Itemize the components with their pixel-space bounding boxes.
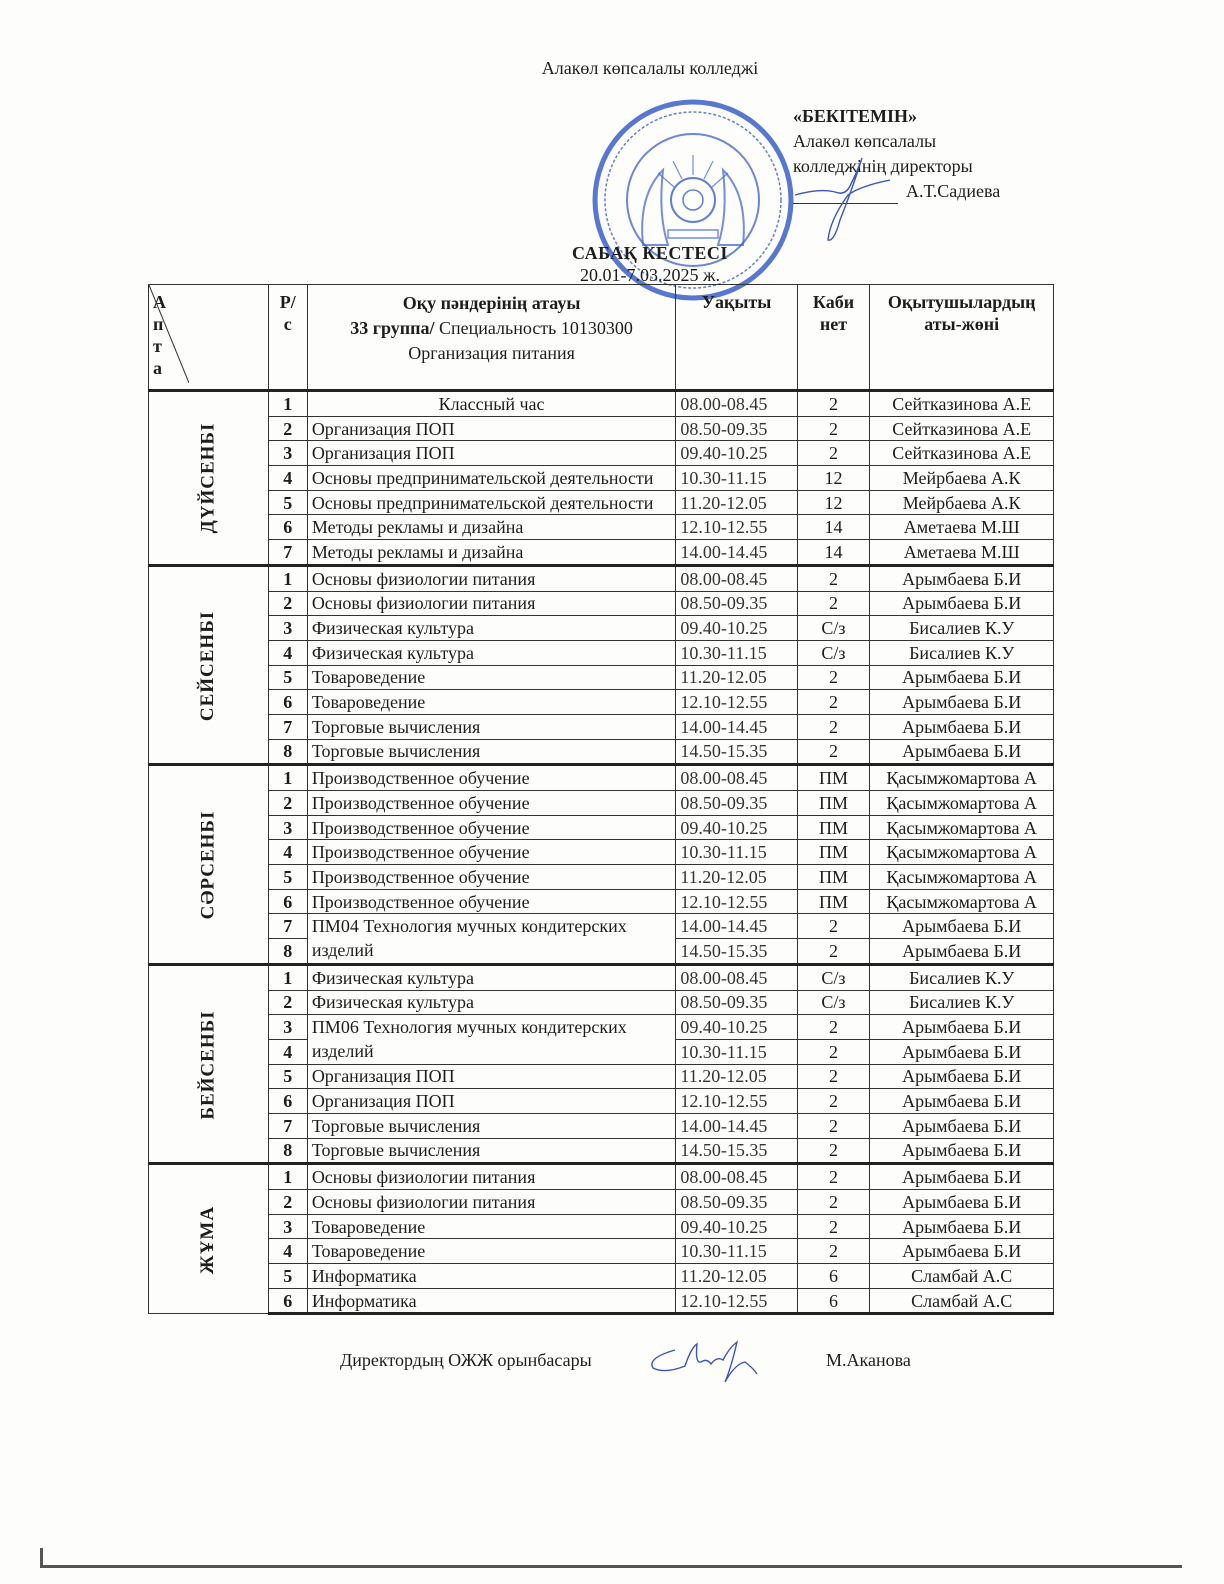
lesson-number: 2 [268,791,307,816]
lesson-time: 12.10-12.55 [676,690,797,715]
cabinet: 2 [797,1064,870,1089]
lesson-time: 09.40-10.25 [676,1214,797,1239]
cabinet: 2 [797,591,870,616]
table-row: 3Товароведение09.40-10.252Арымбаева Б.И [149,1214,1054,1239]
day-name: СӘРСЕНБІ [197,811,219,920]
teacher-name: Сейтказинова А.Е [870,416,1054,441]
cabinet: 2 [797,565,870,591]
lesson-number: 3 [268,441,307,466]
lesson-time: 09.40-10.25 [676,815,797,840]
table-row: 7Торговые вычисления14.00-14.452Арымбаев… [149,1113,1054,1138]
subject-name: Методы рекламы и дизайна [307,540,676,566]
cabinet: 6 [797,1288,870,1314]
subject-name: Физическая культура [307,990,676,1015]
lesson-number: 6 [268,1089,307,1114]
cabinet: 2 [797,914,870,939]
header-time: Уақыты [676,285,797,391]
cabinet: 2 [797,665,870,690]
deputy-role: Директордың ОЖЖ орынбасары [340,1350,592,1371]
teacher-name: Арымбаева Б.И [870,1064,1054,1089]
cabinet: 14 [797,540,870,566]
group-label: 33 группа/ [350,318,434,338]
table-row: 2Организация ПОП08.50-09.352Сейтказинова… [149,416,1054,441]
day-name: ДҮЙСЕНБІ [197,423,219,534]
lesson-time: 14.50-15.35 [676,1138,797,1164]
teacher-name: Сейтказинова А.Е [870,391,1054,417]
table-row: 7ПМ04 Технология мучных кондитерских изд… [149,914,1054,939]
cabinet: 2 [797,416,870,441]
day-name: ЖҰМА [197,1206,219,1274]
table-row: 3Организация ПОП09.40-10.252Сейтказинова… [149,441,1054,466]
subject-name: Торговые вычисления [307,1138,676,1164]
lesson-number: 6 [268,690,307,715]
table-header-row: А п т а Р/ с Оқу пәндерінің атауы 33 гру… [149,285,1054,391]
header-number-line: Р/ [273,291,303,313]
lesson-number: 2 [268,416,307,441]
teacher-name: Сламбай А.С [870,1264,1054,1289]
header-cabinet-line: нет [802,313,866,335]
day-label: БЕЙСЕНБІ [149,964,269,1164]
table-row: 6Информатика12.10-12.556Сламбай А.С [149,1288,1054,1314]
teacher-name: Арымбаева Б.И [870,1089,1054,1114]
lesson-time: 08.00-08.45 [676,565,797,591]
subject-name: Товароведение [307,665,676,690]
cabinet: С/з [797,990,870,1015]
header-cabinet-line: Каби [802,291,866,313]
table-row: БЕЙСЕНБІ1Физическая культура08.00-08.45С… [149,964,1054,990]
lesson-number: 3 [268,616,307,641]
table-row: 8Торговые вычисления14.50-15.352Арымбаев… [149,1138,1054,1164]
lesson-number: 4 [268,840,307,865]
header-number-line: с [273,313,303,335]
lesson-number: 7 [268,714,307,739]
cabinet: 2 [797,1039,870,1064]
teacher-name: Арымбаева Б.И [870,1214,1054,1239]
lesson-time: 09.40-10.25 [676,441,797,466]
lesson-time: 11.20-12.05 [676,665,797,690]
subject-name: Информатика [307,1288,676,1314]
teacher-name: Арымбаева Б.И [870,591,1054,616]
table-row: 6Методы рекламы и дизайна12.10-12.5514Ам… [149,515,1054,540]
cabinet: 2 [797,1138,870,1164]
lesson-number: 4 [268,1239,307,1264]
teacher-name: Арымбаева Б.И [870,1164,1054,1190]
cabinet: ПМ [797,865,870,890]
teacher-name: Арымбаева Б.И [870,714,1054,739]
lesson-number: 1 [268,1164,307,1190]
subject-name: Информатика [307,1264,676,1289]
cabinet: ПМ [797,791,870,816]
schedule-table: А п т а Р/ с Оқу пәндерінің атауы 33 гру… [148,284,1054,1315]
teacher-name: Арымбаева Б.И [870,939,1054,965]
header-diagonal-line [149,285,189,383]
teacher-name: Қасымжомартова А [870,865,1054,890]
table-row: 6Товароведение12.10-12.552Арымбаева Б.И [149,690,1054,715]
lesson-time: 10.30-11.15 [676,1039,797,1064]
teacher-name: Бисалиев К.У [870,616,1054,641]
subject-name: Организация ПОП [307,416,676,441]
cabinet: ПМ [797,765,870,791]
day-label: СӘРСЕНБІ [149,765,269,965]
table-row: 2Физическая культура08.50-09.35С/зБисали… [149,990,1054,1015]
scan-edge [40,1565,1182,1568]
date-range: 20.01-7.03.2025 ж. [0,265,1224,286]
table-row: 5Информатика11.20-12.056Сламбай А.С [149,1264,1054,1289]
table-row: 7Торговые вычисления14.00-14.452Арымбаев… [149,714,1054,739]
subject-name: Торговые вычисления [307,739,676,765]
table-row: 5Организация ПОП11.20-12.052Арымбаева Б.… [149,1064,1054,1089]
teacher-name: Сейтказинова А.Е [870,441,1054,466]
cabinet: С/з [797,964,870,990]
teacher-name: Бисалиев К.У [870,990,1054,1015]
subject-name: Производственное обучение [307,865,676,890]
teacher-name: Қасымжомартова А [870,765,1054,791]
subject-name: Основы физиологии питания [307,565,676,591]
lesson-time: 10.30-11.15 [676,640,797,665]
subject-name: Основы предпринимательской деятельности [307,466,676,491]
subject-name: Товароведение [307,690,676,715]
cabinet: С/з [797,616,870,641]
lesson-number: 1 [268,391,307,417]
lesson-number: 7 [268,540,307,566]
cabinet: 2 [797,391,870,417]
lesson-time: 11.20-12.05 [676,1064,797,1089]
teacher-name: Қасымжомартова А [870,791,1054,816]
table-row: 2Основы физиологии питания08.50-09.352Ар… [149,1190,1054,1215]
lesson-number: 6 [268,889,307,914]
table-row: 3Производственное обучение09.40-10.25ПМҚ… [149,815,1054,840]
cabinet: 2 [797,1164,870,1190]
lesson-number: 2 [268,1190,307,1215]
deputy-name: М.Аканова [826,1350,911,1371]
lesson-time: 14.50-15.35 [676,739,797,765]
subject-name: Торговые вычисления [307,1113,676,1138]
subject-name: Классный час [307,391,676,417]
lesson-number: 1 [268,765,307,791]
lesson-number: 6 [268,1288,307,1314]
document-title: САБАҚ КЕСТЕСІ [0,243,1224,264]
subject-name: Основы физиологии питания [307,591,676,616]
subject-name: Организация ПОП [307,1089,676,1114]
cabinet: 12 [797,466,870,491]
cabinet: 14 [797,515,870,540]
table-row: 2Производственное обучение08.50-09.35ПМҚ… [149,791,1054,816]
subject-name: Торговые вычисления [307,714,676,739]
lesson-number: 1 [268,565,307,591]
lesson-time: 14.00-14.45 [676,1113,797,1138]
cabinet: С/з [797,640,870,665]
deputy-signature-icon [645,1338,765,1388]
lesson-number: 8 [268,1138,307,1164]
lesson-time: 11.20-12.05 [676,865,797,890]
lesson-time: 12.10-12.55 [676,889,797,914]
teacher-name: Аметаева М.Ш [870,540,1054,566]
cabinet: ПМ [797,889,870,914]
lesson-time: 12.10-12.55 [676,515,797,540]
lesson-time: 12.10-12.55 [676,1089,797,1114]
teacher-name: Қасымжомартова А [870,840,1054,865]
approval-title: «БЕКІТЕМІН» [793,104,1000,129]
teacher-name: Арымбаева Б.И [870,565,1054,591]
day-label: СЕЙСЕНБІ [149,565,269,765]
cabinet: 2 [797,1113,870,1138]
lesson-time: 14.00-14.45 [676,540,797,566]
teacher-name: Арымбаева Б.И [870,1015,1054,1040]
lesson-time: 14.00-14.45 [676,914,797,939]
subject-name: Основы предпринимательской деятельности [307,490,676,515]
subject-name: Организация ПОП [307,441,676,466]
cabinet: 6 [797,1264,870,1289]
subject-name: Производственное обучение [307,889,676,914]
cabinet: 2 [797,690,870,715]
subject-name: Производственное обучение [307,791,676,816]
header-subject-group: 33 группа/ Специальность 10130300 [312,316,672,341]
lesson-number: 5 [268,665,307,690]
table-row: 4Физическая культура10.30-11.15С/зБисали… [149,640,1054,665]
lesson-number: 4 [268,466,307,491]
lesson-time: 14.00-14.45 [676,714,797,739]
lesson-time: 09.40-10.25 [676,616,797,641]
cabinet: ПМ [797,840,870,865]
teacher-name: Бисалиев К.У [870,640,1054,665]
teacher-name: Аметаева М.Ш [870,515,1054,540]
director-signature-icon [790,150,900,250]
cabinet: 2 [797,1214,870,1239]
day-name: БЕЙСЕНБІ [197,1010,219,1119]
subject-name: Физическая культура [307,640,676,665]
lesson-time: 08.00-08.45 [676,765,797,791]
lesson-number: 8 [268,739,307,765]
cabinet: 2 [797,1239,870,1264]
lesson-number: 6 [268,515,307,540]
header-teacher-line: аты-жөні [874,313,1049,335]
teacher-name: Арымбаева Б.И [870,1239,1054,1264]
subject-name: Основы физиологии питания [307,1190,676,1215]
cabinet: 12 [797,490,870,515]
subject-name: Физическая культура [307,616,676,641]
director-name: А.Т.Садиева [906,181,1000,201]
teacher-name: Арымбаева Б.И [870,1190,1054,1215]
header-teacher-line: Оқытушылардың [874,291,1049,313]
table-row: 4Производственное обучение10.30-11.15ПМҚ… [149,840,1054,865]
subject-name: Методы рекламы и дизайна [307,515,676,540]
lesson-time: 08.00-08.45 [676,964,797,990]
subject-name: Товароведение [307,1239,676,1264]
lesson-time: 08.50-09.35 [676,591,797,616]
subject-name: ПМ04 Технология мучных кондитерских изде… [307,914,676,964]
lesson-number: 5 [268,490,307,515]
lesson-number: 5 [268,1064,307,1089]
subject-name: Производственное обучение [307,815,676,840]
teacher-name: Арымбаева Б.И [870,665,1054,690]
subject-name: Основы физиологии питания [307,1164,676,1190]
lesson-time: 09.40-10.25 [676,1015,797,1040]
lesson-time: 08.00-08.45 [676,391,797,417]
table-row: СЕЙСЕНБІ1Основы физиологии питания08.00-… [149,565,1054,591]
table-row: 5Основы предпринимательской деятельности… [149,490,1054,515]
cabinet: 2 [797,714,870,739]
cabinet: 2 [797,939,870,965]
subject-name: ПМ06 Технология мучных кондитерских изде… [307,1015,676,1064]
cabinet: 2 [797,1089,870,1114]
teacher-name: Арымбаева Б.И [870,914,1054,939]
header-subject: Оқу пәндерінің атауы 33 группа/ Специаль… [307,285,676,391]
table-row: 4Товароведение10.30-11.152Арымбаева Б.И [149,1239,1054,1264]
header-number: Р/ с [268,285,307,391]
header-subject-title: Оқу пәндерінің атауы [312,291,672,316]
teacher-name: Мейрбаева А.К [870,466,1054,491]
lesson-number: 2 [268,990,307,1015]
teacher-name: Мейрбаева А.К [870,490,1054,515]
lesson-number: 1 [268,964,307,990]
table-row: 6Производственное обучение12.10-12.55ПМҚ… [149,889,1054,914]
day-label: ЖҰМА [149,1164,269,1314]
lesson-time: 08.00-08.45 [676,1164,797,1190]
teacher-name: Қасымжомартова А [870,889,1054,914]
teacher-name: Қасымжомартова А [870,815,1054,840]
lesson-number: 3 [268,815,307,840]
lesson-number: 3 [268,1015,307,1040]
table-row: 5Товароведение11.20-12.052Арымбаева Б.И [149,665,1054,690]
lesson-time: 08.50-09.35 [676,416,797,441]
teacher-name: Сламбай А.С [870,1288,1054,1314]
table-row: ДҮЙСЕНБІ1Классный час08.00-08.452Сейтказ… [149,391,1054,417]
lesson-number: 7 [268,1113,307,1138]
lesson-time: 08.50-09.35 [676,1190,797,1215]
cabinet: 2 [797,441,870,466]
teacher-name: Арымбаева Б.И [870,1039,1054,1064]
table-row: 3ПМ06 Технология мучных кондитерских изд… [149,1015,1054,1040]
table-row: 3Физическая культура09.40-10.25С/зБисали… [149,616,1054,641]
teacher-name: Арымбаева Б.И [870,690,1054,715]
lesson-number: 3 [268,1214,307,1239]
teacher-name: Арымбаева Б.И [870,1113,1054,1138]
table-row: 5Производственное обучение11.20-12.05ПМҚ… [149,865,1054,890]
lesson-number: 4 [268,1039,307,1064]
teacher-name: Арымбаева Б.И [870,739,1054,765]
table-row: 8Торговые вычисления14.50-15.352Арымбаев… [149,739,1054,765]
lesson-time: 10.30-11.15 [676,840,797,865]
day-label: ДҮЙСЕНБІ [149,391,269,566]
lesson-time: 10.30-11.15 [676,466,797,491]
teacher-name: Бисалиев К.У [870,964,1054,990]
subject-name: Производственное обучение [307,840,676,865]
lesson-time: 12.10-12.55 [676,1288,797,1314]
table-row: 2Основы физиологии питания08.50-09.352Ар… [149,591,1054,616]
lesson-number: 4 [268,640,307,665]
lesson-number: 2 [268,591,307,616]
scan-edge [40,1548,43,1566]
lesson-time: 11.20-12.05 [676,1264,797,1289]
table-row: СӘРСЕНБІ1Производственное обучение08.00-… [149,765,1054,791]
teacher-name: Арымбаева Б.И [870,1138,1054,1164]
subject-name: Организация ПОП [307,1064,676,1089]
cabinet: ПМ [797,815,870,840]
lesson-number: 5 [268,1264,307,1289]
table-row: 7Методы рекламы и дизайна14.00-14.4514Ам… [149,540,1054,566]
table-row: ЖҰМА1Основы физиологии питания08.00-08.4… [149,1164,1054,1190]
day-name: СЕЙСЕНБІ [197,610,219,720]
subject-name: Товароведение [307,1214,676,1239]
lesson-number: 5 [268,865,307,890]
lesson-time: 08.50-09.35 [676,791,797,816]
lesson-time: 08.50-09.35 [676,990,797,1015]
table-row: 4Основы предпринимательской деятельности… [149,466,1054,491]
cabinet: 2 [797,1015,870,1040]
lesson-number: 8 [268,939,307,965]
college-name: Алакөл көпсалалы колледжі [0,58,1224,79]
header-teacher: Оқытушылардың аты-жөні [870,285,1054,391]
lesson-time: 10.30-11.15 [676,1239,797,1264]
specialty-name: Организация питания [312,341,672,366]
lesson-time: 14.50-15.35 [676,939,797,965]
cabinet: 2 [797,739,870,765]
subject-name: Физическая культура [307,964,676,990]
specialty-label: Специальность 10130300 [435,318,633,338]
header-cabinet: Каби нет [797,285,870,391]
lesson-number: 7 [268,914,307,939]
cabinet: 2 [797,1190,870,1215]
lesson-time: 11.20-12.05 [676,490,797,515]
table-row: 6Организация ПОП12.10-12.552Арымбаева Б.… [149,1089,1054,1114]
subject-name: Производственное обучение [307,765,676,791]
